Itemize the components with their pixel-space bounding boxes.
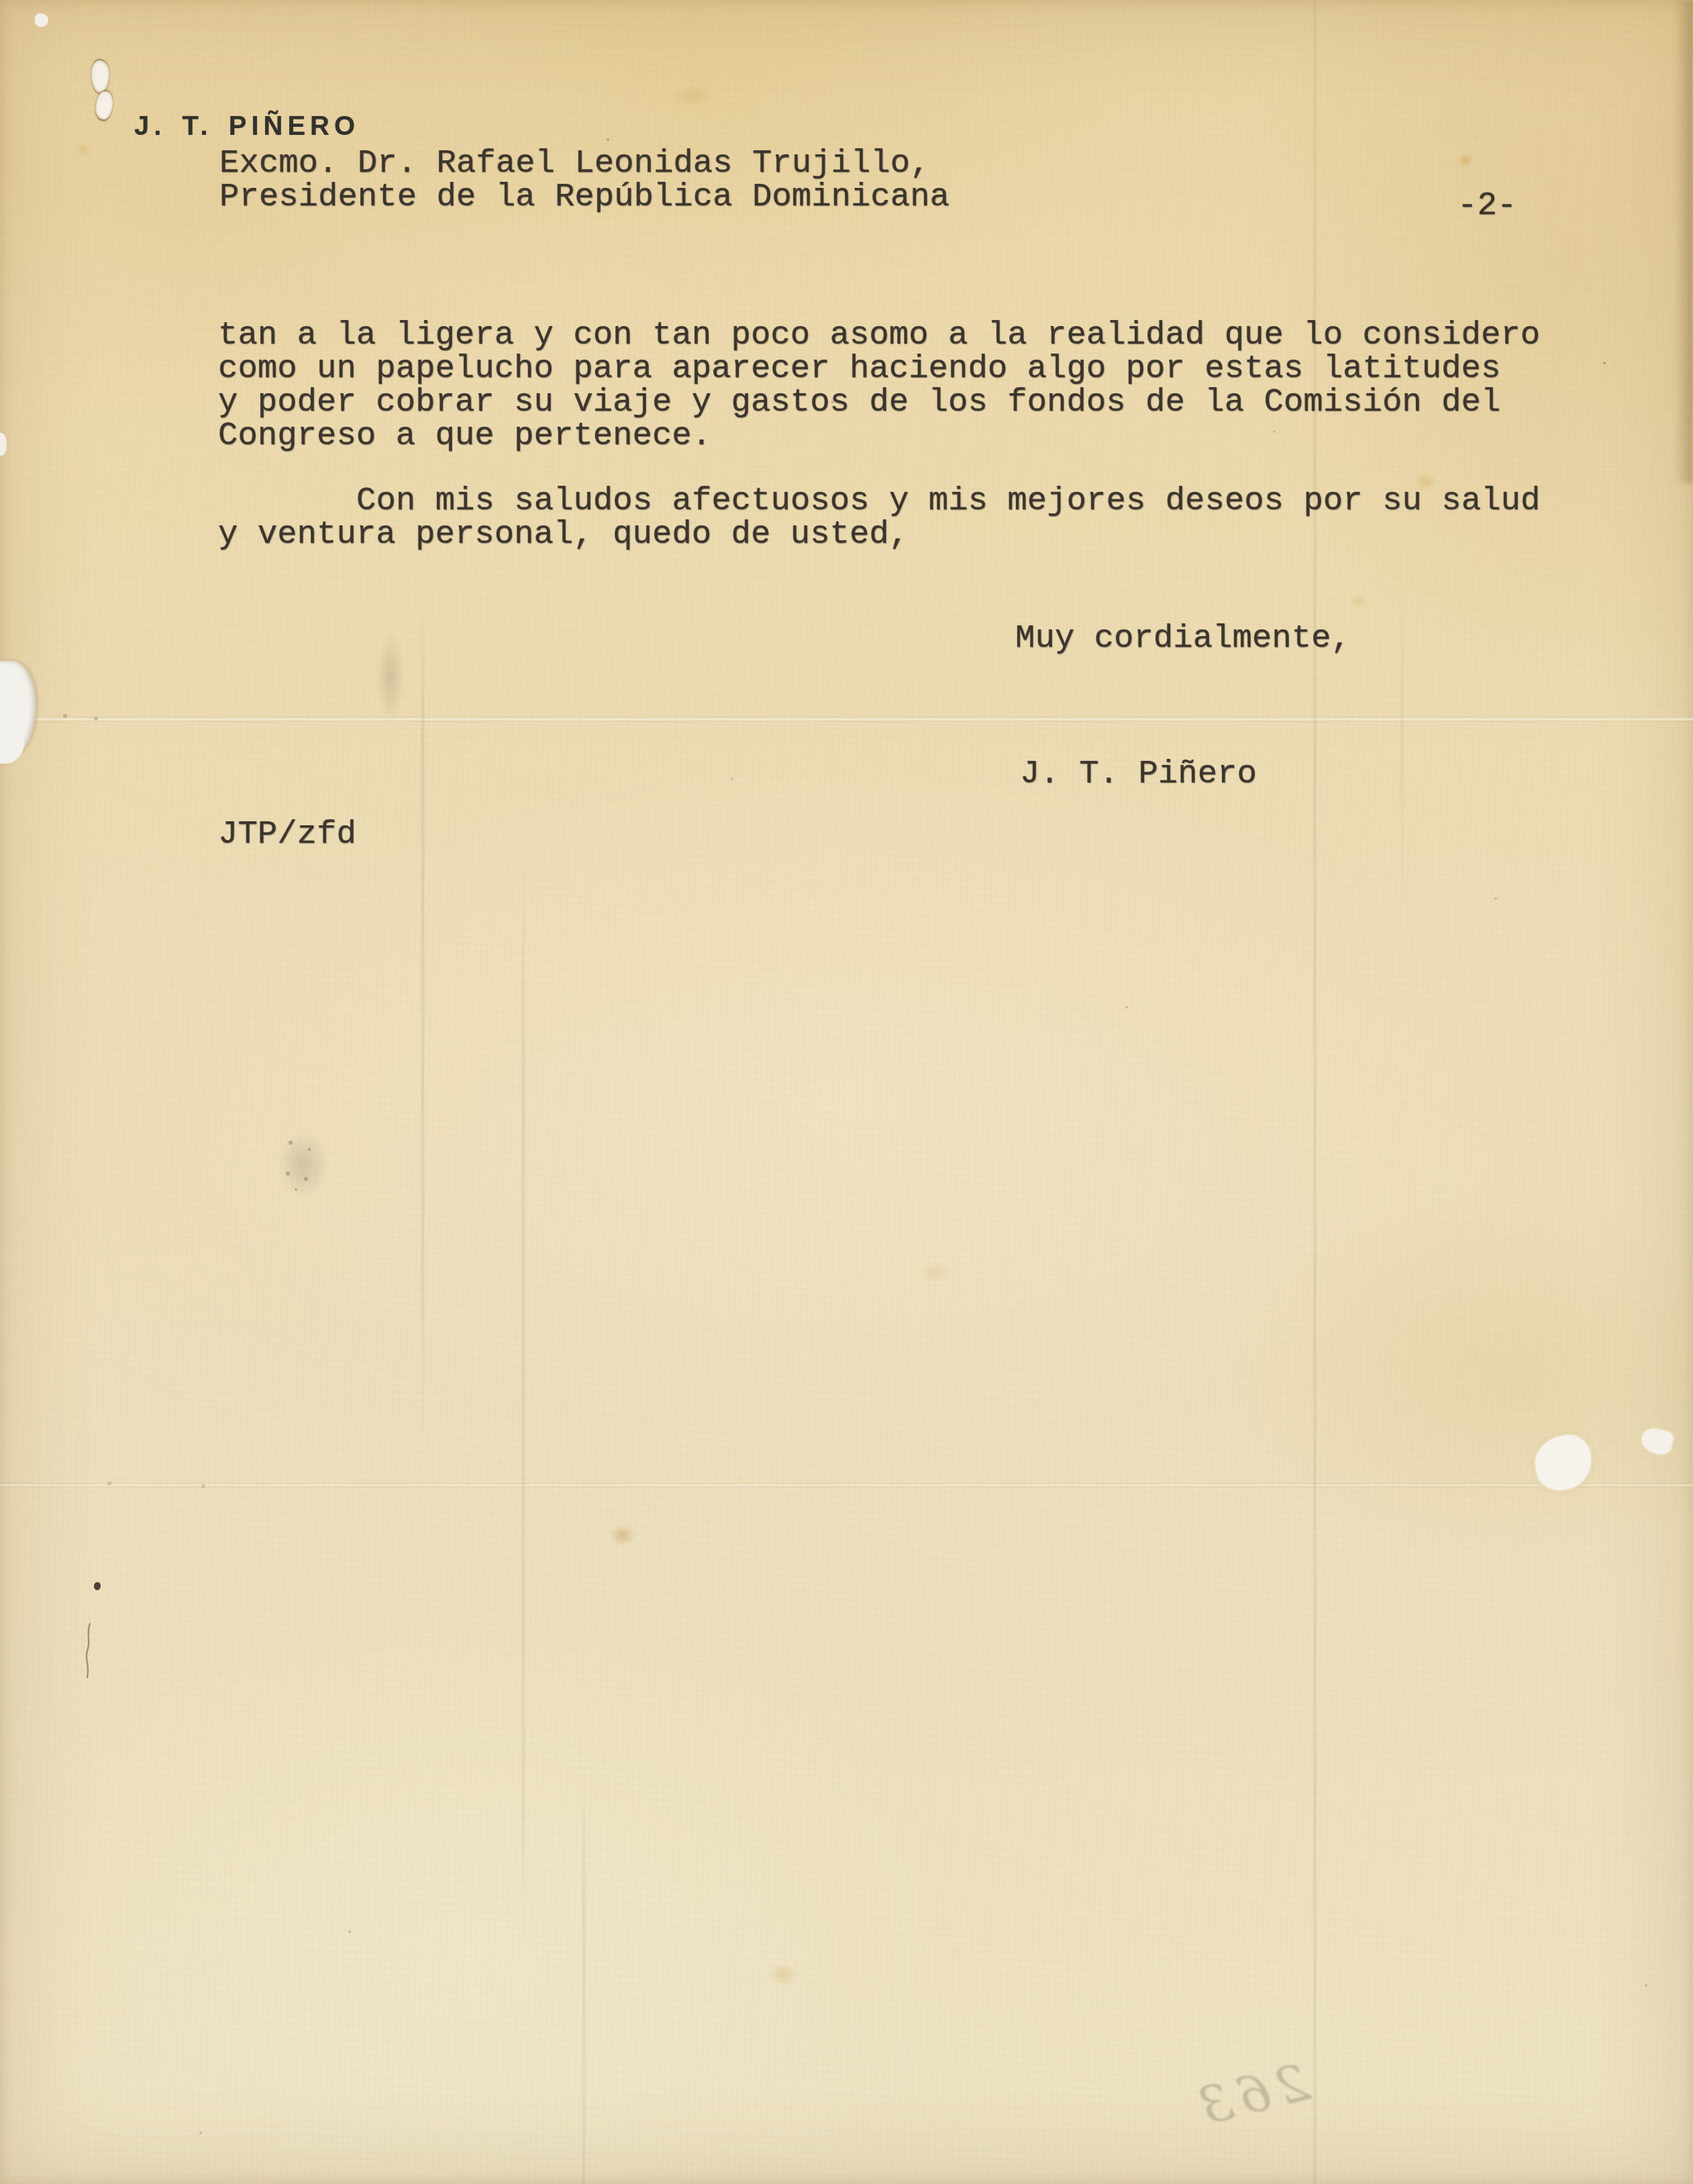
stain (919, 1261, 949, 1283)
paragraph-1-line-4: Congreso a que pertenece. (218, 419, 711, 452)
paper-damage-spot (91, 60, 109, 93)
ink-dot-mark (94, 1582, 101, 1590)
vertical-crease-right-short (1401, 570, 1403, 906)
stain (1457, 153, 1474, 168)
gray-streak-stain (377, 634, 404, 721)
paragraph-1-line-1: tan a la ligera y con tan poco asomo a l… (218, 318, 1540, 352)
scanned-letter-page: 263 J. T. PIÑERO Excmo. Dr. Rafael Leoni… (0, 0, 1693, 2184)
smudge-specks (0, 0, 1, 1)
torn-right-edge-notch (1639, 1426, 1674, 1457)
torn-patch-right (1531, 1431, 1596, 1494)
horizontal-fold-crease-upper (0, 717, 1693, 722)
paragraph-2-line-1: Con mis saludos afectuosos y mis mejores… (356, 484, 1540, 517)
stain (768, 1963, 798, 1987)
edge-nick (0, 433, 7, 456)
closing-salutation: Muy cordialmente, (1015, 621, 1351, 655)
stain (1349, 594, 1368, 609)
torn-left-edge-patch (0, 661, 36, 756)
signature-typed-name: J. T. Piñero (1020, 757, 1257, 790)
right-edge-shadow (1674, 0, 1693, 483)
stain (609, 1524, 636, 1546)
horizontal-fold-crease-lower (0, 1483, 1693, 1488)
vertical-crease-left-lower (522, 839, 525, 1946)
vertical-crease-left (421, 604, 424, 1443)
recipient-title-line: Presidente de la República Dominicana (219, 180, 950, 213)
paragraph-1-line-2: como un papelucho para aparecer haciendo… (218, 352, 1500, 385)
paragraph-2-line-2: y ventura personal, quedo de usted, (218, 517, 909, 551)
pencil-squiggle-mark (82, 1622, 95, 1683)
paper-damage-spot (94, 90, 115, 120)
stain (671, 86, 714, 106)
torn-left-edge-patch-small (0, 723, 24, 764)
recipient-name-line: Excmo. Dr. Rafael Leonidas Trujillo, (219, 146, 930, 180)
paragraph-1-line-3: y poder cobrar su viaje y gastos de los … (218, 385, 1500, 419)
corner-nick (35, 13, 48, 27)
eraser-smudge (278, 1131, 329, 1198)
page-number: -2- (1457, 189, 1517, 222)
vertical-crease-bottom (582, 1778, 585, 2184)
verso-pencil-number: 263 (1177, 2052, 1315, 2140)
typist-initials: JTP/zfd (218, 817, 356, 851)
letterhead-name: J. T. PIÑERO (134, 111, 360, 141)
stain (75, 141, 91, 158)
